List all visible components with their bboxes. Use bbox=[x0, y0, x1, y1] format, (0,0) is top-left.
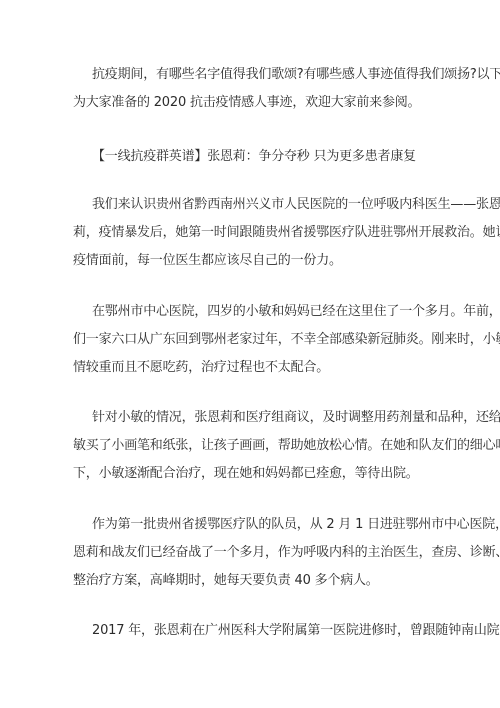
paragraph-3-line-3: 下，小敏逐渐配合治疗，现在她和妈妈都已痊愈，等待出院。 bbox=[73, 466, 419, 482]
paragraph-4-line-2: 恩莉和战友们已经奋战了一个多月，作为呼吸内科的主治医生，查房、诊断、调 bbox=[73, 545, 500, 561]
paragraph-4-line-1: 作为第一批贵州省援鄂医疗队的队员，从 2 月 1 日进驻鄂州市中心医院，张 bbox=[92, 517, 500, 533]
document-page: 抗疫期间，有哪些名字值得我们歌颂?有哪些感人事迹值得我们颂扬?以下是 为大家准备… bbox=[0, 0, 500, 708]
paragraph-2-line-1: 在鄂州市中心医院，四岁的小敏和妈妈已经在这里住了一个多月。年前，她 bbox=[92, 304, 500, 320]
intro-line-1: 抗疫期间，有哪些名字值得我们歌颂?有哪些感人事迹值得我们颂扬?以下是 bbox=[92, 67, 500, 83]
paragraph-4-line-3: 整治疗方案，高峰期时，她每天要负责 40 多个病人。 bbox=[73, 573, 379, 589]
paragraph-3-line-1: 针对小敏的情况，张恩莉和医疗组商议，及时调整用药剂量和品种，还给小 bbox=[92, 410, 500, 426]
paragraph-2-line-3: 情较重而且不愿吃药，治疗过程也不太配合。 bbox=[73, 360, 329, 376]
paragraph-1-line-1: 我们来认识贵州省黔西南州兴义市人民医院的一位呼吸内科医生——张恩 bbox=[92, 197, 500, 213]
paragraph-1-line-3: 疫情面前，每一位医生都应该尽自己的一份力。 bbox=[73, 253, 342, 269]
paragraph-3-line-2: 敏买了小画笔和纸张，让孩子画画，帮助她放松心情。在她和队友们的细心呵护 bbox=[73, 438, 500, 454]
section-heading: 【一线抗疫群英谱】张恩莉：争分夺秒 只为更多患者康复 bbox=[92, 149, 416, 165]
paragraph-2-line-2: 们一家六口从广东回到鄂州老家过年，不幸全部感染新冠肺炎。刚来时，小敏病 bbox=[73, 332, 500, 348]
paragraph-1-line-2: 莉，疫情暴发后，她第一时间跟随贵州省援鄂医疗队进驻鄂州开展救治。她说， bbox=[73, 225, 500, 241]
intro-line-2: 为大家准备的 2020 抗击疫情感人事迹，欢迎大家前来参阅。 bbox=[73, 95, 420, 111]
paragraph-5-line-1: 2017 年，张恩莉在广州医科大学附属第一医院进修时，曾跟随钟南山院士 bbox=[92, 623, 500, 639]
